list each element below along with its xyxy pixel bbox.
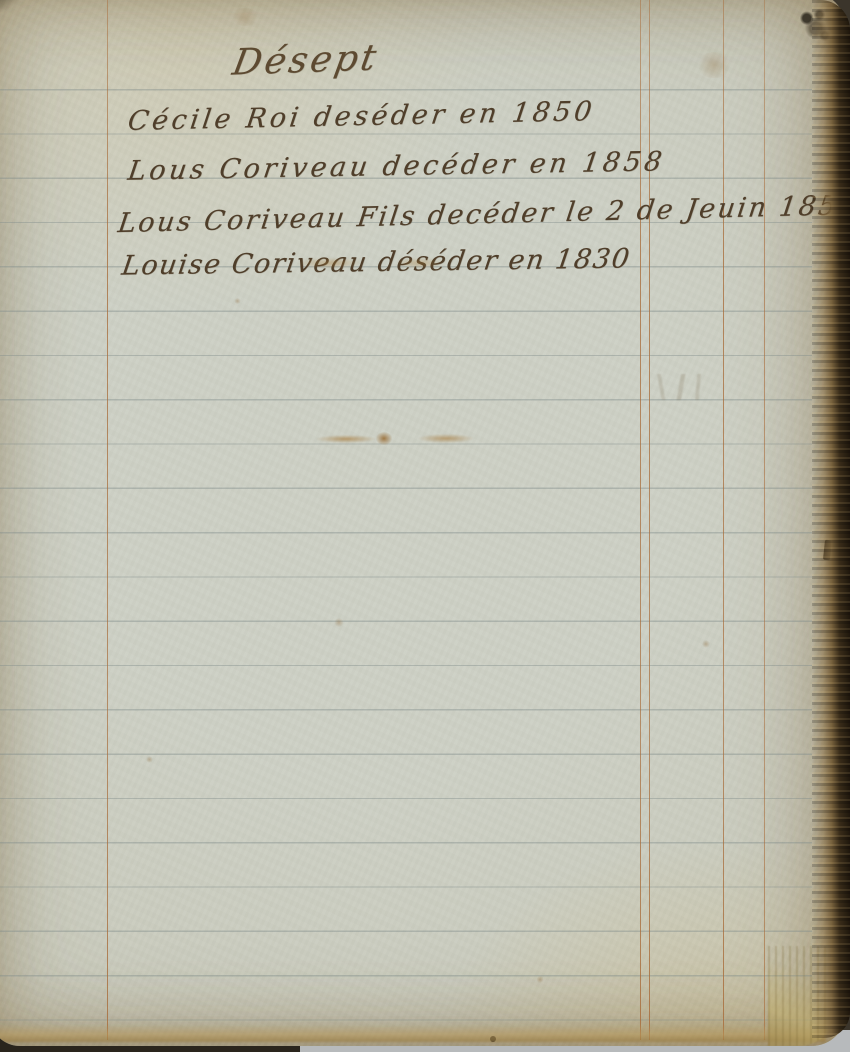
right-column-line-3 xyxy=(723,0,724,1040)
page-bottom-edge xyxy=(0,1024,826,1042)
ledger-page: Désept Cécile Roi deséder en 1850 Lous C… xyxy=(0,0,846,1046)
corner-shadow xyxy=(0,0,24,16)
page-heading: Désept xyxy=(229,37,382,83)
book-edge xyxy=(812,0,850,1038)
left-margin-line xyxy=(107,0,108,1040)
right-column-line-4 xyxy=(764,0,765,1040)
